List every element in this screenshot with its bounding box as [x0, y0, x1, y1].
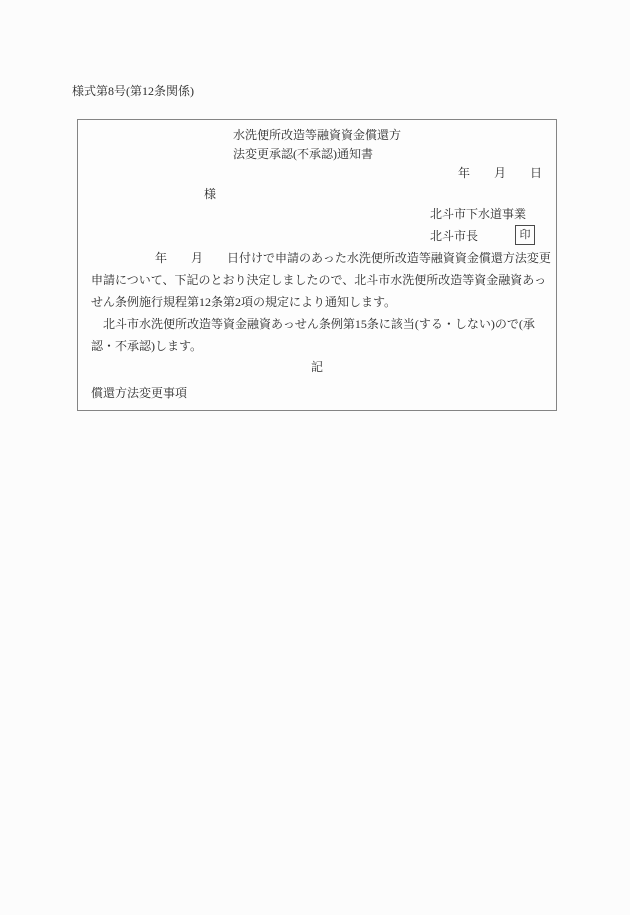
notice-box: 水洗便所改造等融資資金償還方 法変更承認(不承認)通知書 年 月 日 様 北斗市…	[77, 119, 557, 411]
body-line: 認・不承認)します。	[91, 339, 202, 353]
body-line: 申請について、下記のとおり決定しましたので、北斗市水洗便所改造等資金融資あっ	[91, 273, 546, 287]
repayment-change-item-label: 償還方法変更事項	[91, 386, 187, 400]
issue-date-line: 年 月 日	[78, 166, 556, 180]
document-page: 様式第8号(第12条関係) 水洗便所改造等融資資金償還方 法変更承認(不承認)通…	[0, 0, 630, 915]
record-marker: 記	[78, 360, 556, 374]
notice-title-line2: 法変更承認(不承認)通知書	[233, 147, 373, 161]
recipient-name-line: 様	[204, 187, 216, 201]
notice-title-line1: 水洗便所改造等融資資金償還方	[233, 128, 401, 142]
body-line: せん条例施行規程第12条第2項の規定により通知します。	[91, 295, 396, 309]
body-line: 北斗市水洗便所改造等資金融資あっせん条例第15条に該当(する・しない)ので(承	[91, 317, 535, 331]
form-number-label: 様式第8号(第12条関係)	[72, 84, 194, 98]
seal-stamp: 印	[515, 225, 535, 245]
body-line: 年 月 日付けで申請のあった水洗便所改造等融資資金償還方法変更	[91, 251, 551, 265]
sender-mayor-title: 北斗市長	[430, 229, 478, 243]
sender-organization: 北斗市下水道事業	[430, 207, 526, 221]
